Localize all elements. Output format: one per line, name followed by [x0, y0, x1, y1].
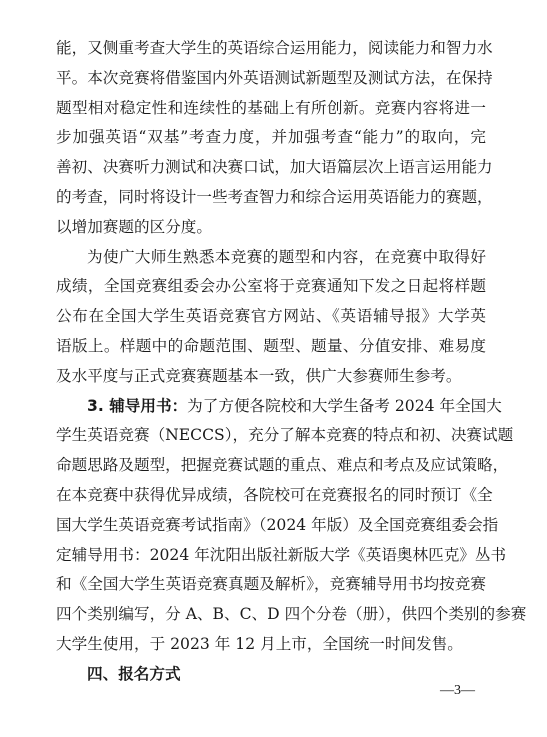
- text-line: 公布在全国大学生英语竞赛官方网站、《英语辅导报》大学英: [56, 302, 486, 332]
- document-page: 能，又侧重考查大学生的英语综合运用能力，阅读能力和智力水 平。本次竞赛将借鉴国内…: [56, 34, 486, 690]
- text-line: 步加强英语“双基”考查力度，并加强考查“能力”的取向，完: [56, 123, 486, 153]
- page-number: —3—: [440, 683, 475, 699]
- section-3-first-line: 为了方便各院校和大学生备考 2024 年全国大: [187, 397, 502, 415]
- text-line: 为使广大师生熟悉本竞赛的题型和内容，在竞赛中取得好: [56, 243, 486, 273]
- text-line: 和《全国大学生英语竞赛真题及解析》，竞赛辅导用书均按竞赛: [56, 570, 486, 600]
- text-line: 语版上。样题中的命题范围、题型、题量、分值安排、难易度: [56, 332, 486, 362]
- text-line: 四个类别编写，分 A、B、C、D 四个分卷（册），供四个类别的参赛: [56, 600, 486, 630]
- section-guidance-books: 3. 辅导用书：为了方便各院校和大学生备考 2024 年全国大 学生英语竞赛（N…: [56, 392, 486, 660]
- text-line: 以增加赛题的区分度。: [56, 213, 486, 243]
- text-line: 能，又侧重考查大学生的英语综合运用能力，阅读能力和智力水: [56, 34, 486, 64]
- text-line: 平。本次竞赛将借鉴国内外英语测试新题型及测试方法，在保持: [56, 64, 486, 94]
- text-line: 及水平度与正式竞赛赛题基本一致，供广大参赛师生参考。: [56, 362, 486, 392]
- paragraph-competition-content: 能，又侧重考查大学生的英语综合运用能力，阅读能力和智力水 平。本次竞赛将借鉴国内…: [56, 34, 486, 243]
- text-line: 的考查，同时将设计一些考查智力和综合运用英语能力的赛题，: [56, 183, 486, 213]
- text-line: 国大学生英语竞赛考试指南》（2024 年版）及全国竞赛组委会指: [56, 511, 486, 541]
- text-line: 在本竞赛中获得优异成绩，各院校可在竞赛报名的同时预订《全: [56, 481, 486, 511]
- section-3-label: 3. 辅导用书：: [87, 397, 187, 415]
- text-line: 命题思路及题型，把握竞赛试题的重点、难点和考点及应试策略，: [56, 451, 486, 481]
- text-line: 定辅导用书：2024 年沈阳出版社新版大学《英语奥林匹克》丛书: [56, 541, 486, 571]
- text-line: 3. 辅导用书：为了方便各院校和大学生备考 2024 年全国大: [56, 392, 486, 422]
- text-line: 学生英语竞赛（NECCS），充分了解本竞赛的特点和初、决赛试题: [56, 421, 486, 451]
- section-4-heading: 四、报名方式: [56, 660, 486, 690]
- text-line: 大学生使用，于 2023 年 12 月上市，全国统一时间发售。: [56, 630, 486, 660]
- text-line: 成绩，全国竞赛组委会办公室将于竞赛通知下发之日起将样题: [56, 272, 486, 302]
- text-line: 善初、决赛听力测试和决赛口试，加大语篇层次上语言运用能力: [56, 153, 486, 183]
- text-line: 题型相对稳定性和连续性的基础上有所创新。竞赛内容将进一: [56, 94, 486, 124]
- paragraph-sample-questions: 为使广大师生熟悉本竞赛的题型和内容，在竞赛中取得好 成绩，全国竞赛组委会办公室将…: [56, 243, 486, 392]
